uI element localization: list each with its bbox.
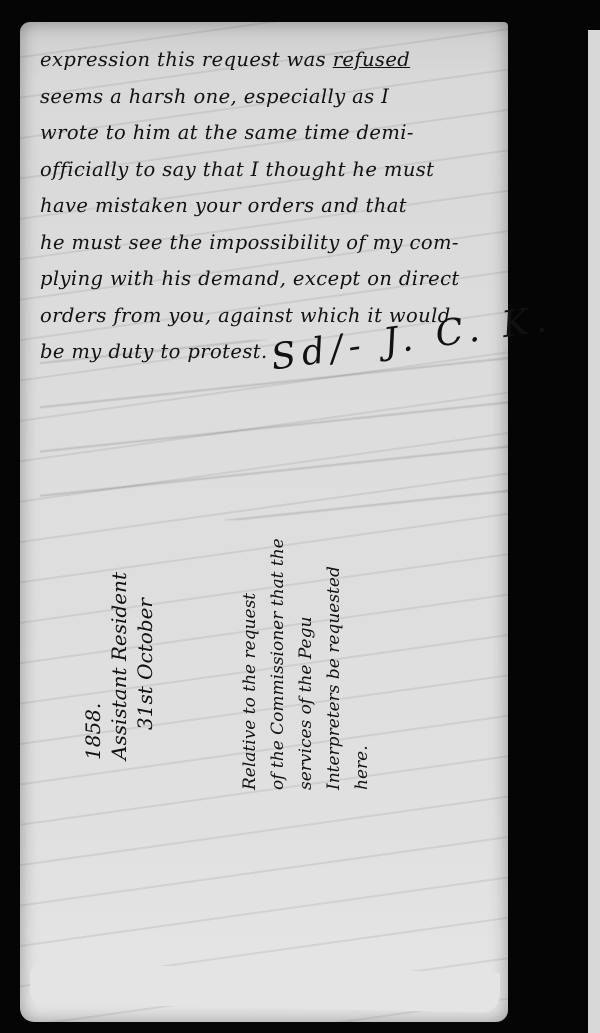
docket-summary-line: services of the Pegu: [292, 538, 320, 790]
body-line: plying with his demand, except on direct: [40, 261, 510, 298]
body-line: seems a harsh one, especially as I: [40, 79, 510, 116]
docket-summary-line: Relative to the request: [236, 538, 264, 790]
docket-summary: Relative to the request of the Commissio…: [236, 538, 376, 790]
body-line: wrote to him at the same time demi-: [40, 115, 510, 152]
body-line: have mistaken your orders and that: [40, 188, 510, 225]
adjacent-page-edge: [588, 30, 600, 1033]
docket-title: Assistant Resident: [106, 572, 132, 760]
body-line: officially to say that I thought he must: [40, 152, 510, 189]
docket-left: 1858. Assistant Resident 31st October: [80, 572, 158, 760]
docket-summary-line: of the Commissioner that the: [264, 538, 292, 790]
underlined-word: refused: [333, 48, 410, 71]
body-line: expression this request was refused: [40, 42, 510, 79]
docket-year: 1858.: [80, 572, 106, 760]
body-line-text: expression this request was refused: [40, 48, 410, 71]
docket-date: 31st October: [132, 572, 158, 760]
docket-summary-line: here.: [348, 538, 376, 790]
docket-summary-line: Interpreters be requested: [320, 538, 348, 790]
body-line: he must see the impossibility of my com-: [40, 225, 510, 262]
